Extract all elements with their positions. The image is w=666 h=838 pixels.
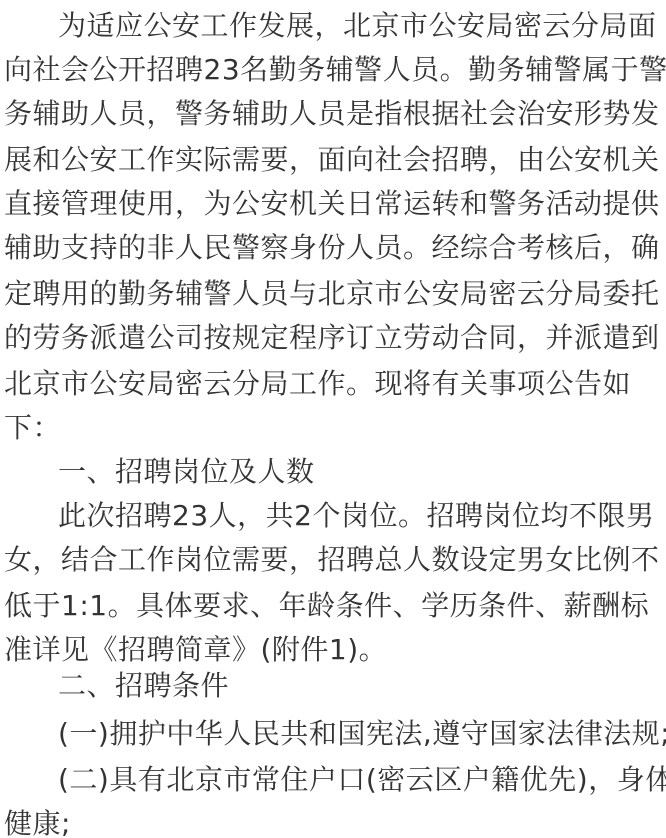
- paragraph-intro-line-1: 为适应公安工作发展，北京市公安局密云分局面: [58, 6, 657, 46]
- paragraph-positions-line-1: 此次招聘23人，共2个岗位。招聘岗位均不限男: [58, 496, 654, 536]
- paragraph-intro-line-2: 向社会公开招聘23名勤务辅警人员。勤务辅警属于警: [4, 50, 666, 90]
- condition-item-2-line-1: (二)具有北京市常住户口(密云区户籍优先)，身体: [58, 760, 666, 800]
- section-heading-conditions: 二、招聘条件: [58, 666, 229, 706]
- paragraph-positions-line-4: 准详见《招聘简章》(附件1)。: [4, 630, 387, 670]
- paragraph-intro-line-8: 的劳务派遣公司按规定程序订立劳动合同，并派遣到: [4, 318, 660, 358]
- paragraph-intro-line-7: 定聘用的勤务辅警人员与北京市公安局密云分局委托: [4, 274, 660, 314]
- section-heading-positions: 一、招聘岗位及人数: [58, 452, 315, 492]
- paragraph-intro-line-10: 下：: [4, 408, 61, 448]
- paragraph-intro-line-3: 务辅助人员，警务辅助人员是指根据社会治安形势发: [4, 94, 660, 134]
- paragraph-positions-line-3: 低于1:1。具体要求、年龄条件、学历条件、薪酬标: [4, 586, 649, 626]
- condition-item-2-line-2: 健康;: [4, 804, 71, 838]
- paragraph-intro-line-5: 直接管理使用，为公安机关日常运转和警务活动提供: [4, 184, 660, 224]
- paragraph-intro-line-9: 北京市公安局密云分局工作。现将有关事项公告如: [4, 364, 631, 404]
- announcement-document: 为适应公安工作发展，北京市公安局密云分局面 向社会公开招聘23名勤务辅警人员。勤…: [0, 0, 666, 838]
- paragraph-positions-line-2: 女，结合工作岗位需要，招聘总人数设定男女比例不: [4, 540, 660, 580]
- paragraph-intro-line-6: 辅助支持的非人民警察身份人员。经综合考核后，确: [4, 228, 660, 268]
- condition-item-1: (一)拥护中华人民共和国宪法,遵守国家法律法规;: [58, 714, 666, 754]
- paragraph-intro-line-4: 展和公安工作实际需要，面向社会招聘，由公安机关: [4, 140, 660, 180]
